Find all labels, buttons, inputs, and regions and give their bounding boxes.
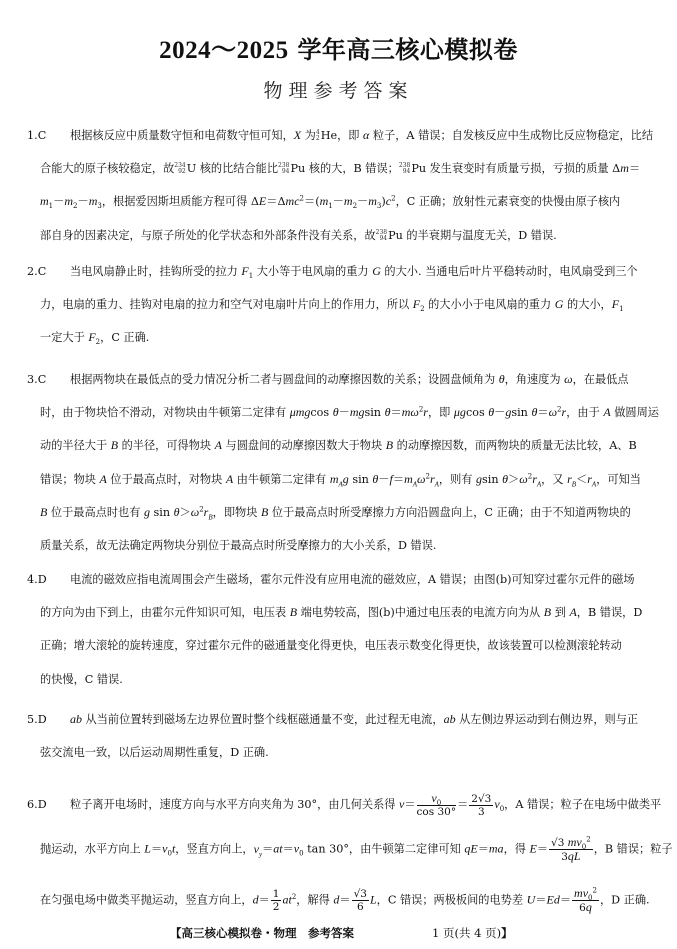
- question-number: 5.D: [27, 714, 70, 725]
- page-number: 1 页(共 4 页)】: [432, 925, 513, 941]
- fraction: √3 mv023qL: [549, 836, 593, 863]
- footer-title: 【高三核心模拟卷・物理 参考答案: [170, 925, 354, 941]
- document-title: 2024～2025 学年高三核心模拟卷: [0, 30, 677, 66]
- question-number: 6.D: [27, 799, 70, 810]
- fraction: 12: [271, 888, 282, 913]
- question-number: 4.D: [27, 574, 70, 585]
- question-number: 2.C: [27, 266, 70, 277]
- fraction: v0cos 30°: [417, 792, 457, 818]
- fraction: 2√33: [469, 793, 493, 818]
- document-subtitle: 物理参考答案: [0, 76, 677, 103]
- question-number: 1.C: [27, 130, 70, 141]
- question-number: 3.C: [27, 374, 70, 385]
- fraction: mv026q: [572, 887, 599, 914]
- title-year: 2024～2025: [159, 37, 289, 64]
- fraction: √36: [352, 888, 369, 913]
- title-text: 学年高三核心模拟卷: [297, 36, 518, 64]
